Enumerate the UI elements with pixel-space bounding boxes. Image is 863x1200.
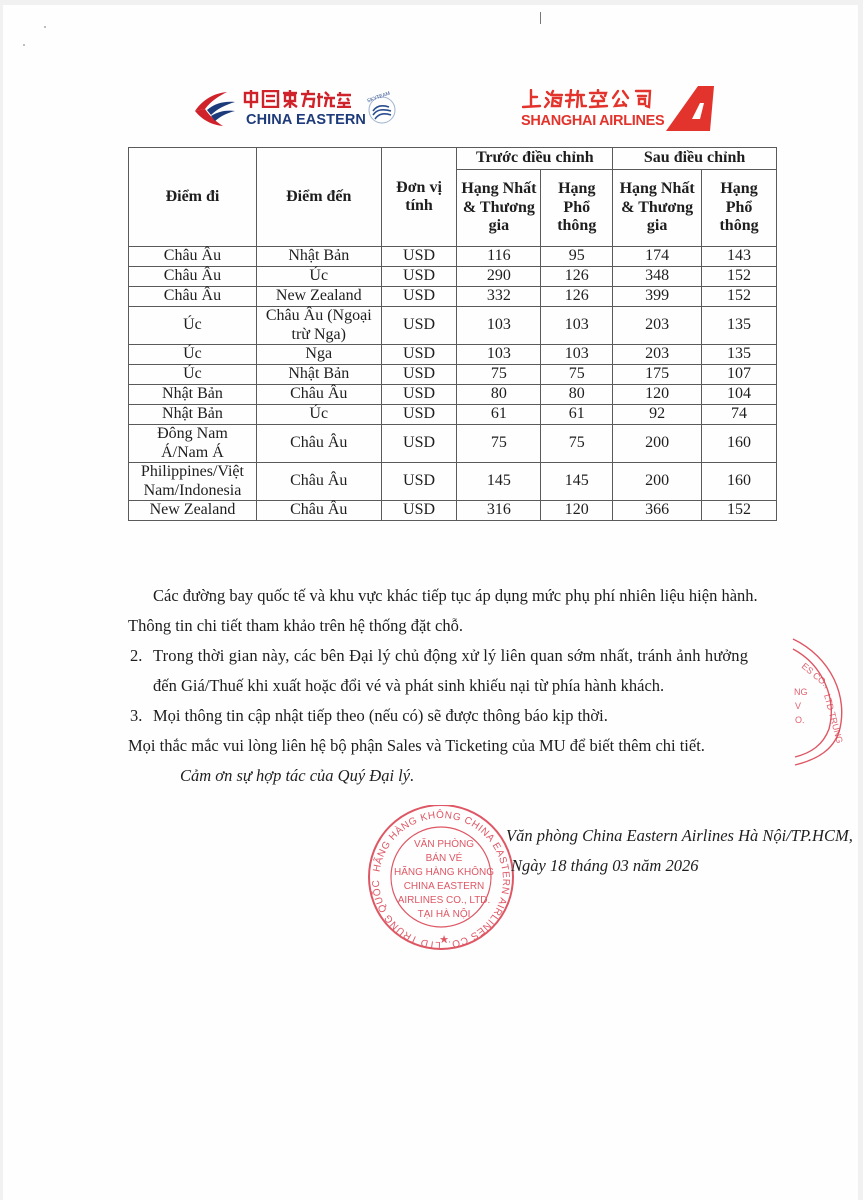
cell-before-eco: 126 <box>541 267 613 287</box>
cell-after-eco: 135 <box>702 307 777 345</box>
list-item-2-line-2: đến Giá/Thuế khi xuất hoặc đổi vé và phá… <box>153 676 664 696</box>
cell-before-fb: 316 <box>457 501 541 521</box>
table-row: ÚcNgaUSD103103203135 <box>129 345 777 365</box>
cell-destination: Úc <box>256 267 381 287</box>
cell-destination: Châu Âu <box>256 501 381 521</box>
cell-after-eco: 143 <box>702 247 777 267</box>
china-eastern-logo: CHINA EASTERN SKYTEAM <box>193 85 408 135</box>
tail-fin-logo-icon <box>664 85 716 133</box>
signature-date: Ngày 18 tháng 03 năm 2026 <box>511 856 698 876</box>
cell-unit: USD <box>381 405 457 425</box>
cell-after-fb: 120 <box>613 385 702 405</box>
cell-unit: USD <box>381 463 457 501</box>
table-row: Châu ÂuÚcUSD290126348152 <box>129 267 777 287</box>
svg-text:ES CO.,: ES CO., <box>800 661 832 690</box>
cell-unit: USD <box>381 385 457 405</box>
cell-before-fb: 145 <box>457 463 541 501</box>
table-row: Philippines/Việt Nam/IndonesiaChâu ÂuUSD… <box>129 463 777 501</box>
cell-after-eco: 160 <box>702 463 777 501</box>
svg-text:AIRLINES CO., LTD.: AIRLINES CO., LTD. <box>398 895 491 906</box>
list-item-2-line-1: Trong thời gian này, các bên Đại lý chủ … <box>153 646 748 666</box>
cell-unit: USD <box>381 501 457 521</box>
cell-after-fb: 92 <box>613 405 702 425</box>
official-round-stamp-icon: HÃNG HÀNG KHÔNG CHINA EASTERN AIRLINES C… <box>366 805 516 955</box>
cell-after-fb: 366 <box>613 501 702 521</box>
shanghai-airlines-chinese-name <box>522 89 662 109</box>
header-before-economy: Hạng Phổ thông <box>541 170 613 247</box>
shanghai-airlines-english-name: SHANGHAI AIRLINES <box>521 113 664 129</box>
scan-mark <box>540 12 541 24</box>
fuel-surcharge-table: Điểm đi Điểm đến Đơn vị tính Trước điều … <box>128 147 777 521</box>
svg-text:TẠI HÀ NỘI: TẠI HÀ NỘI <box>418 907 471 920</box>
cell-after-fb: 174 <box>613 247 702 267</box>
svg-text:CHINA EASTERN: CHINA EASTERN <box>404 881 485 892</box>
cell-origin: Philippines/Việt Nam/Indonesia <box>129 463 257 501</box>
cell-after-fb: 203 <box>613 307 702 345</box>
cell-unit: USD <box>381 267 457 287</box>
table-body: Châu ÂuNhật BảnUSD11695174143Châu ÂuÚcUS… <box>129 247 777 521</box>
cell-after-eco: 135 <box>702 345 777 365</box>
partial-stamp-icon: ES CO., LTD TRUNG NG V O. <box>791 637 863 767</box>
cell-after-eco: 107 <box>702 365 777 385</box>
cell-unit: USD <box>381 307 457 345</box>
cell-unit: USD <box>381 345 457 365</box>
cell-after-eco: 160 <box>702 425 777 463</box>
cell-after-eco: 74 <box>702 405 777 425</box>
cell-origin: Nhật Bản <box>129 385 257 405</box>
cell-before-eco: 75 <box>541 365 613 385</box>
cell-before-eco: 103 <box>541 345 613 365</box>
cell-before-fb: 332 <box>457 287 541 307</box>
svg-text:O.: O. <box>795 715 805 725</box>
cell-destination: Châu Âu <box>256 385 381 405</box>
header-after-adjustment: Sau điều chỉnh <box>613 148 777 170</box>
cell-before-eco: 75 <box>541 425 613 463</box>
cell-before-eco: 120 <box>541 501 613 521</box>
thanks-line: Cảm ơn sự hợp tác của Quý Đại lý. <box>180 766 414 786</box>
paragraph-contact: Mọi thắc mắc vui lòng liên hệ bộ phận Sa… <box>128 736 705 756</box>
cell-before-fb: 103 <box>457 307 541 345</box>
svg-text:NG: NG <box>794 687 808 697</box>
document-page: CHINA EASTERN SKYTEAM SHANGHAI AIRLINES <box>3 5 858 1200</box>
cell-unit: USD <box>381 287 457 307</box>
cell-destination: Châu Âu (Ngoại trừ Nga) <box>256 307 381 345</box>
list-number-3: 3. <box>130 706 142 726</box>
cell-before-fb: 75 <box>457 365 541 385</box>
table-row: Châu ÂuNew ZealandUSD332126399152 <box>129 287 777 307</box>
svg-text:HÃNG HÀNG KHÔNG: HÃNG HÀNG KHÔNG <box>394 865 494 878</box>
table-row: New ZealandChâu ÂuUSD316120366152 <box>129 501 777 521</box>
cell-destination: Nga <box>256 345 381 365</box>
header-after-economy: Hạng Phổ thông <box>702 170 777 247</box>
shanghai-airlines-logo: SHANGHAI AIRLINES <box>518 83 718 133</box>
svg-text:★: ★ <box>439 934 449 946</box>
header-after-first-business: Hạng Nhất & Thương gia <box>613 170 702 247</box>
cell-before-eco: 80 <box>541 385 613 405</box>
svg-text:V: V <box>795 701 801 711</box>
cell-origin: Úc <box>129 365 257 385</box>
header-before-adjustment: Trước điều chỉnh <box>457 148 613 170</box>
signature-office: Văn phòng China Eastern Airlines Hà Nội/… <box>506 826 853 846</box>
cell-destination: Châu Âu <box>256 463 381 501</box>
table-row: Đông Nam Á/Nam ÁChâu ÂuUSD7575200160 <box>129 425 777 463</box>
paragraph-other-routes: Các đường bay quốc tế và khu vực khác ti… <box>153 586 758 606</box>
cell-origin: Đông Nam Á/Nam Á <box>129 425 257 463</box>
cell-after-eco: 152 <box>702 501 777 521</box>
cell-after-fb: 203 <box>613 345 702 365</box>
skyteam-logo-icon: SKYTEAM <box>361 89 399 129</box>
cell-origin: Châu Âu <box>129 267 257 287</box>
header-destination: Điểm đến <box>256 148 381 247</box>
cell-before-eco: 103 <box>541 307 613 345</box>
cell-origin: Úc <box>129 345 257 365</box>
cell-before-fb: 80 <box>457 385 541 405</box>
cell-destination: Châu Âu <box>256 425 381 463</box>
cell-unit: USD <box>381 247 457 267</box>
china-eastern-english-name: CHINA EASTERN <box>246 112 366 128</box>
cell-before-eco: 95 <box>541 247 613 267</box>
table-row: Nhật BảnChâu ÂuUSD8080120104 <box>129 385 777 405</box>
cell-after-eco: 104 <box>702 385 777 405</box>
cell-after-fb: 200 <box>613 425 702 463</box>
svg-text:BÁN VÉ: BÁN VÉ <box>426 851 463 864</box>
cell-before-fb: 290 <box>457 267 541 287</box>
cell-after-fb: 348 <box>613 267 702 287</box>
table-row: Châu ÂuNhật BảnUSD11695174143 <box>129 247 777 267</box>
scan-speck <box>23 44 25 46</box>
scan-speck <box>44 26 46 28</box>
cell-before-fb: 61 <box>457 405 541 425</box>
cell-before-fb: 103 <box>457 345 541 365</box>
cell-before-eco: 61 <box>541 405 613 425</box>
header-before-first-business: Hạng Nhất & Thương gia <box>457 170 541 247</box>
cell-before-fb: 116 <box>457 247 541 267</box>
svg-text:SKYTEAM: SKYTEAM <box>366 91 391 105</box>
cell-after-fb: 399 <box>613 287 702 307</box>
swallow-logo-icon <box>193 89 237 129</box>
cell-origin: Châu Âu <box>129 287 257 307</box>
cell-after-fb: 175 <box>613 365 702 385</box>
cell-after-fb: 200 <box>613 463 702 501</box>
list-item-3-line-1: Mọi thông tin cập nhật tiếp theo (nếu có… <box>153 706 608 726</box>
cell-destination: Nhật Bản <box>256 247 381 267</box>
cell-unit: USD <box>381 425 457 463</box>
svg-text:VĂN PHÒNG: VĂN PHÒNG <box>414 837 474 850</box>
cell-origin: New Zealand <box>129 501 257 521</box>
cell-after-eco: 152 <box>702 287 777 307</box>
cell-origin: Nhật Bản <box>129 405 257 425</box>
cell-before-eco: 145 <box>541 463 613 501</box>
cell-destination: New Zealand <box>256 287 381 307</box>
header-unit: Đơn vị tính <box>381 148 457 247</box>
header-origin: Điểm đi <box>129 148 257 247</box>
table-row: ÚcChâu Âu (Ngoại trừ Nga)USD103103203135 <box>129 307 777 345</box>
cell-before-eco: 126 <box>541 287 613 307</box>
china-eastern-chinese-name <box>243 90 353 108</box>
cell-unit: USD <box>381 365 457 385</box>
cell-origin: Châu Âu <box>129 247 257 267</box>
cell-before-fb: 75 <box>457 425 541 463</box>
table-row: Nhật BảnÚcUSD61619274 <box>129 405 777 425</box>
paragraph-booking-info: Thông tin chi tiết tham khảo trên hệ thố… <box>128 616 463 636</box>
cell-origin: Úc <box>129 307 257 345</box>
cell-destination: Nhật Bản <box>256 365 381 385</box>
list-number-2: 2. <box>130 646 142 666</box>
table-row: ÚcNhật BảnUSD7575175107 <box>129 365 777 385</box>
cell-after-eco: 152 <box>702 267 777 287</box>
cell-destination: Úc <box>256 405 381 425</box>
